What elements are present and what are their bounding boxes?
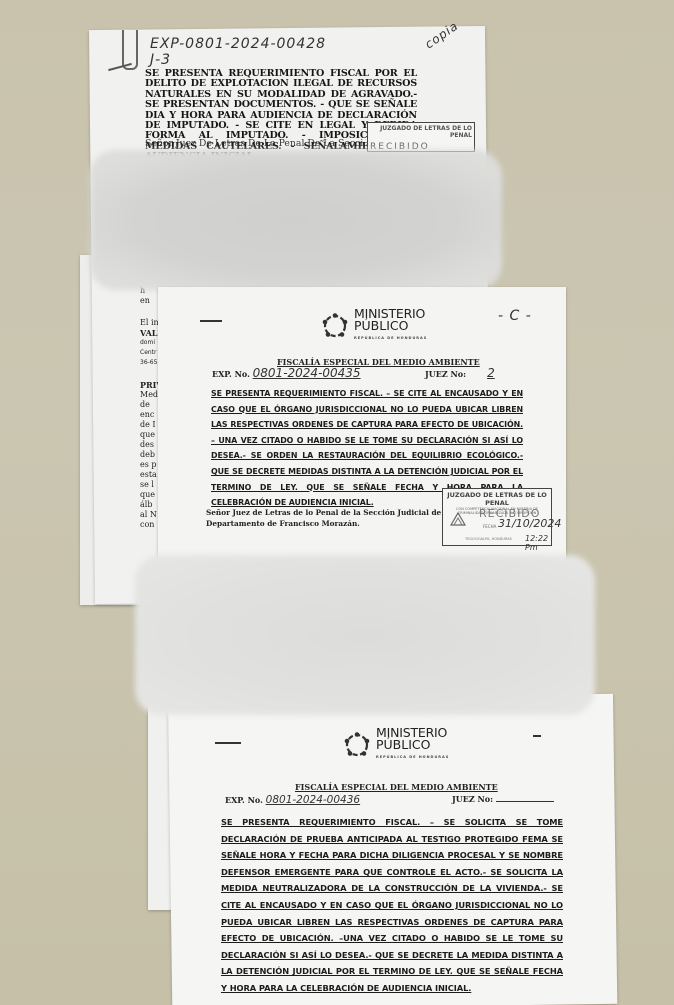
doc3-mark-right	[533, 735, 541, 737]
doc3-body: SE PRESENTA REQUERIMIENTO FISCAL. – SE S…	[221, 814, 563, 997]
doc2-court-stamp: JUZGADO DE LETRAS DE LO PENAL CON COMPET…	[442, 488, 552, 546]
doc2-juez-line: JUEZ No: 2	[425, 366, 513, 380]
doc3-mark	[215, 742, 241, 744]
doc1-addressee: Señor Juez De Letras De Lo Penal De La S…	[145, 138, 363, 149]
exp-label: EXP. No.	[212, 369, 250, 379]
doc3-exp-line: EXP. No. 0801-2024-00436	[225, 794, 360, 806]
redaction-blur	[135, 555, 595, 715]
exp-value: 0801-2024-00436	[266, 794, 360, 806]
redaction-blur	[90, 150, 502, 290]
logo-line3: REPÚBLICA DE HONDURAS	[354, 332, 427, 344]
stamp-time: 12:22 Pm	[525, 534, 551, 552]
exp-value: 0801-2024-00435	[253, 366, 361, 380]
doc3-logo: MINISTERIO PÚBLICO REPÚBLICA DE HONDURAS	[342, 727, 449, 763]
doc1-handwritten-juez: J-3	[150, 52, 171, 68]
doc2-mark	[200, 320, 222, 322]
stamp-fecha-value: 31/10/2024	[498, 517, 561, 530]
doc1-court-stamp: JUZGADO DE LETRAS DE LO PENAL RECIBIDO	[367, 122, 475, 152]
doc2-exp-line: EXP. No. 0801-2024-00435	[212, 366, 361, 380]
juez-label: JUEZ No:	[452, 794, 493, 804]
ministerio-publico-logo-icon	[320, 311, 350, 341]
juez-blank	[496, 801, 554, 802]
logo-line2: PÚBLICO	[376, 739, 449, 751]
juez-value: 2	[469, 366, 513, 380]
doc2-handwritten-corner: - C -	[498, 308, 532, 324]
logo-line2: PÚBLICO	[354, 320, 427, 332]
stamp-title: JUZGADO DE LETRAS DE LO PENAL	[446, 491, 548, 507]
court-emblem-icon	[449, 511, 467, 527]
exp-label: EXP. No.	[225, 795, 263, 805]
doc1-stamp-title: JUZGADO DE LETRAS DE LO PENAL	[370, 125, 472, 139]
stamp-city: TEGUCIGALPA, HONDURAS	[465, 537, 512, 541]
doc1-handwritten-exp: EXP-0801-2024-00428	[150, 36, 326, 52]
doc3-juez-line: JUEZ No:	[452, 794, 554, 804]
stamp-fecha-label: FECHA	[483, 524, 496, 529]
doc2-logo: MINISTERIO PÚBLICO REPÚBLICA DE HONDURAS	[320, 308, 427, 344]
ministerio-publico-logo-icon	[342, 730, 372, 760]
logo-line3: REPÚBLICA DE HONDURAS	[376, 751, 449, 763]
doc3-fiscalia-title: FISCALÍA ESPECIAL DEL MEDIO AMBIENTE	[295, 782, 498, 792]
juez-label: JUEZ No:	[425, 369, 466, 379]
